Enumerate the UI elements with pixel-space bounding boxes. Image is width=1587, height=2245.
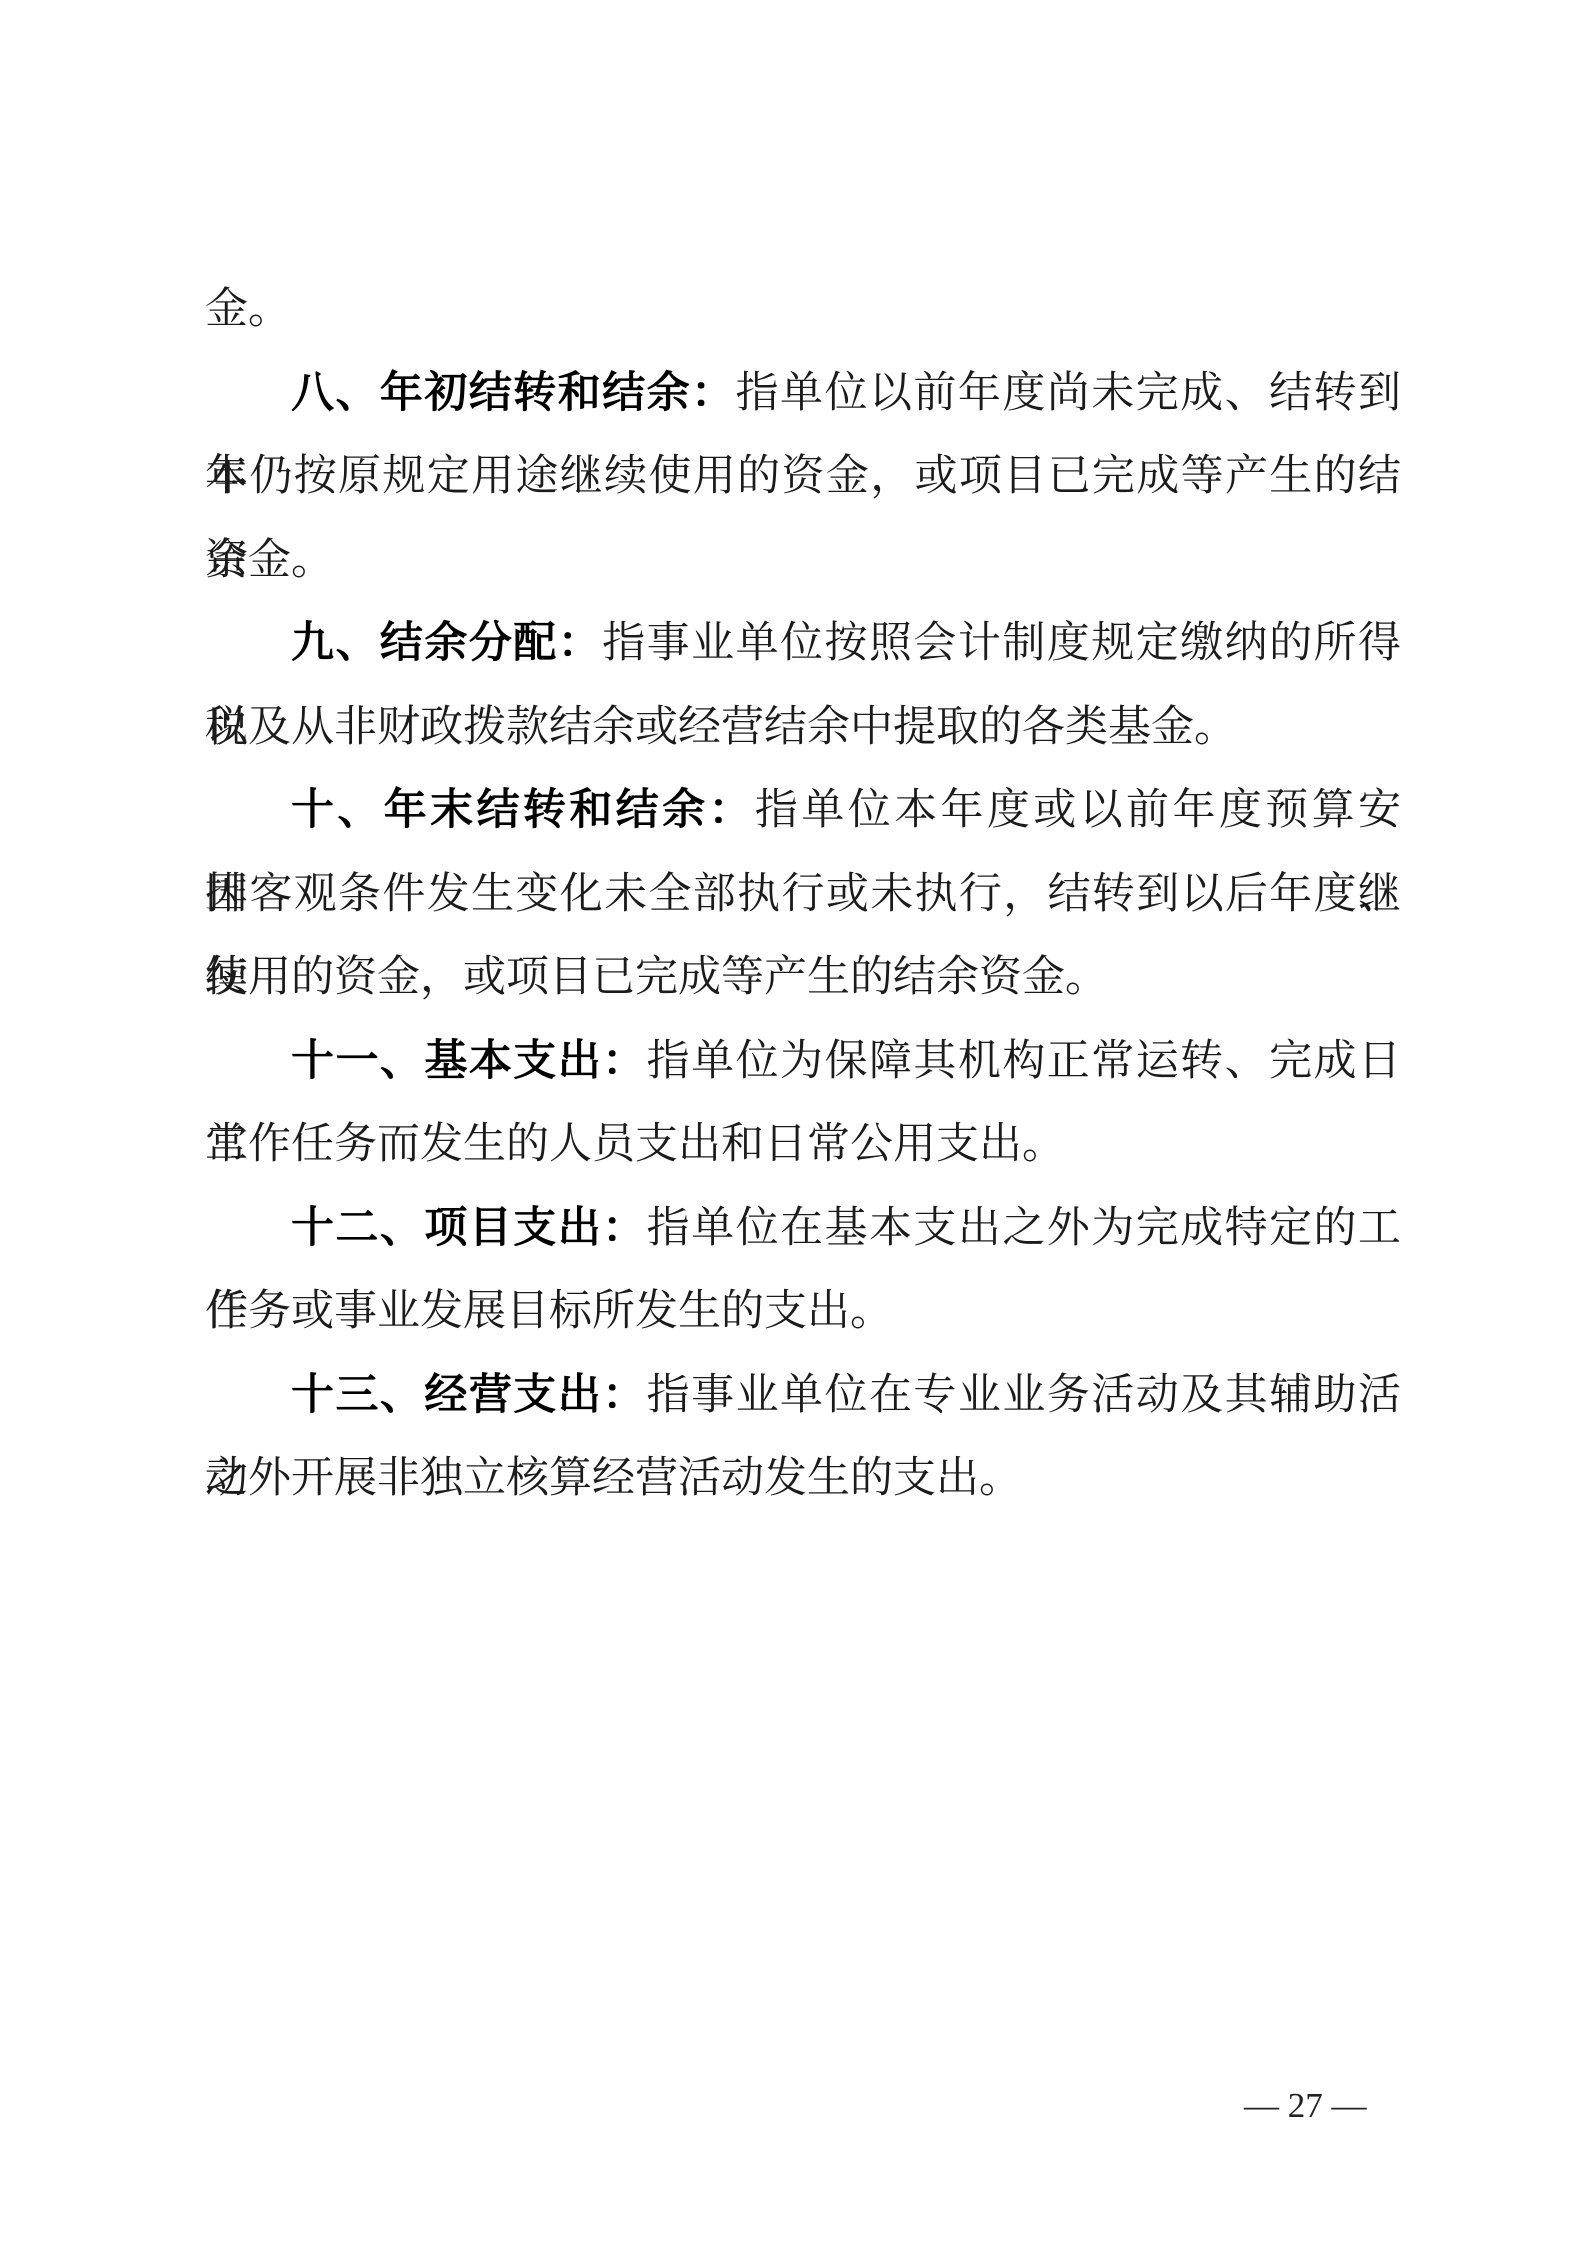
paragraph-text: 工作任务而发生的人员支出和日常公用支出。 xyxy=(205,1121,1065,1168)
paragraph-lead: 十三、经营支出： xyxy=(291,1371,647,1419)
paragraph-text: 以及从非财政拨款结余或经营结余中提取的各类基金。 xyxy=(205,704,1237,751)
document-body: 金。八、年初结转和结余：指单位以前年度尚未完成、结转到本年仍按原规定用途继续使用… xyxy=(205,268,1401,1521)
text-line: 八、年初结转和结余：指单位以前年度尚未完成、结转到本 xyxy=(205,352,1401,436)
text-line: 以及从非财政拨款结余或经营结余中提取的各类基金。 xyxy=(205,686,1401,770)
text-line: 十三、经营支出：指事业单位在专业业务活动及其辅助活动 xyxy=(205,1354,1401,1438)
paragraph-lead: 十一、基本支出： xyxy=(291,1037,647,1085)
paragraph-lead: 八、年初结转和结余： xyxy=(291,369,736,417)
text-line: 资金。 xyxy=(205,519,1401,603)
paragraph-text: 金。 xyxy=(205,286,291,333)
document-page: 金。八、年初结转和结余：指单位以前年度尚未完成、结转到本年仍按原规定用途继续使用… xyxy=(0,0,1587,2245)
paragraph-text: 之外开展非独立核算经营活动发生的支出。 xyxy=(205,1455,1022,1502)
paragraph-text: 任务或事业发展目标所发生的支出。 xyxy=(205,1288,893,1335)
text-line: 使用的资金，或项目已完成等产生的结余资金。 xyxy=(205,936,1401,1020)
paragraph-lead: 九、结余分配： xyxy=(291,619,602,667)
paragraph-text: 资金。 xyxy=(205,537,334,584)
text-line: 任务或事业发展目标所发生的支出。 xyxy=(205,1270,1401,1354)
text-line: 年仍按原规定用途继续使用的资金，或项目已完成等产生的结余 xyxy=(205,435,1401,519)
text-line: 十、年末结转和结余：指单位本年度或以前年度预算安排、 xyxy=(205,769,1401,853)
paragraph-lead: 十二、项目支出： xyxy=(291,1204,647,1252)
text-line: 九、结余分配：指事业单位按照会计制度规定缴纳的所得税 xyxy=(205,602,1401,686)
text-line: 金。 xyxy=(205,268,1401,352)
paragraph-text: 使用的资金，或项目已完成等产生的结余资金。 xyxy=(205,954,1108,1001)
paragraph-lead: 十、年末结转和结余： xyxy=(291,786,755,834)
text-line: 工作任务而发生的人员支出和日常公用支出。 xyxy=(205,1103,1401,1187)
text-line: 因客观条件发生变化未全部执行或未执行，结转到以后年度继续 xyxy=(205,853,1401,937)
text-line: 十一、基本支出：指单位为保障其机构正常运转、完成日常 xyxy=(205,1020,1401,1104)
page-number: — 27 — xyxy=(1244,2086,1367,2126)
text-line: 之外开展非独立核算经营活动发生的支出。 xyxy=(205,1437,1401,1521)
text-line: 十二、项目支出：指单位在基本支出之外为完成特定的工作 xyxy=(205,1187,1401,1271)
